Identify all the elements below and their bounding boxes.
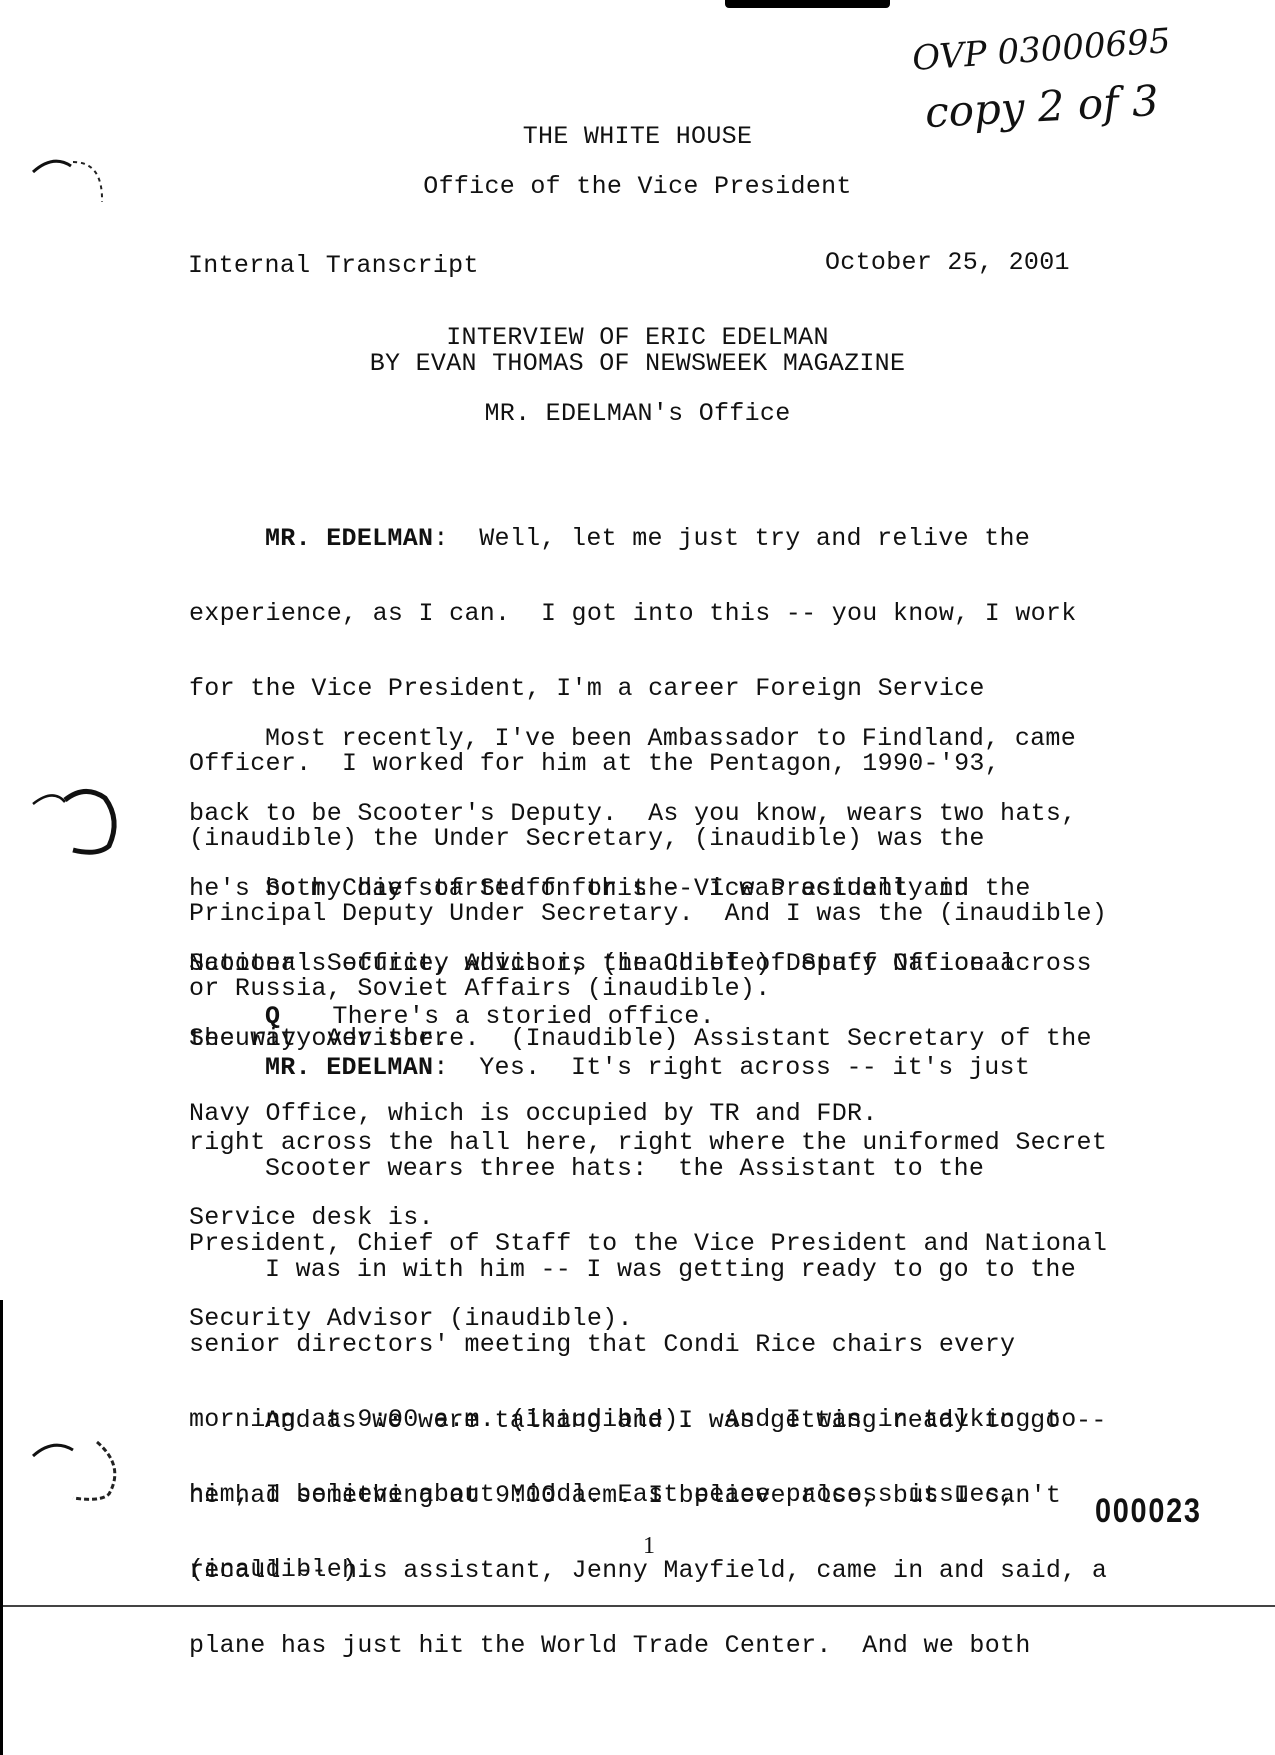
transcript-line: he had something at 9:00 a.m. I believe … (189, 1483, 1189, 1508)
doc-date: October 25, 2001 (825, 250, 1070, 275)
transcript-line: And as we were talking and I was getting… (189, 1408, 1189, 1433)
transcript-line: plane has just hit the World Trade Cente… (189, 1633, 1189, 1658)
interview-location: MR. EDELMAN's Office (0, 401, 1275, 426)
handwritten-document-id: OVP 03000695 (911, 21, 1172, 79)
transcript-line: : Well, let me just try and relive the (433, 524, 1030, 553)
transcript-line: back to be Scooter's Deputy. As you know… (189, 801, 1189, 826)
header-office: Office of the Vice President (0, 174, 1275, 199)
transcript-paragraph-8: And as we were talking and I was getting… (189, 1358, 1189, 1708)
transcript-line: experience, as I can. I got into this --… (189, 601, 1189, 626)
scan-left-edge (0, 1300, 3, 1755)
page-number: 1 (643, 1533, 655, 1560)
scan-artifact-bar (725, 0, 890, 8)
bates-number: 000023 (1095, 1492, 1202, 1531)
interview-title-line1: INTERVIEW OF ERIC EDELMAN (0, 325, 1275, 350)
scan-bottom-rule (0, 1605, 1275, 1607)
transcript-line: Most recently, I've been Ambassador to F… (189, 726, 1189, 751)
speaker-label: MR. EDELMAN (265, 524, 433, 553)
punch-hole-mark-2 (25, 780, 125, 870)
interview-title-line2: BY EVAN THOMAS OF NEWSWEEK MAGAZINE (0, 351, 1275, 376)
doc-type-label: Internal Transcript (188, 253, 479, 278)
transcript-line: : Yes. It's right across -- it's just (433, 1053, 1030, 1082)
document-page: OVP 03000695 copy 2 of 3 THE WHITE HOUSE… (0, 0, 1275, 1755)
transcript-line: senior directors' meeting that Condi Ric… (189, 1332, 1189, 1357)
punch-hole-mark-3 (25, 1430, 125, 1520)
transcript-line: I was in with him -- I was getting ready… (189, 1257, 1189, 1282)
transcript-line: recall -- his assistant, Jenny Mayfield,… (189, 1558, 1189, 1583)
speaker-label: MR. EDELMAN (265, 1053, 433, 1082)
header-org: THE WHITE HOUSE (0, 124, 1275, 149)
transcript-line: So my day started on this -- I was actua… (189, 876, 1189, 901)
transcript-line: Scooter wears three hats: the Assistant … (189, 1156, 1189, 1181)
